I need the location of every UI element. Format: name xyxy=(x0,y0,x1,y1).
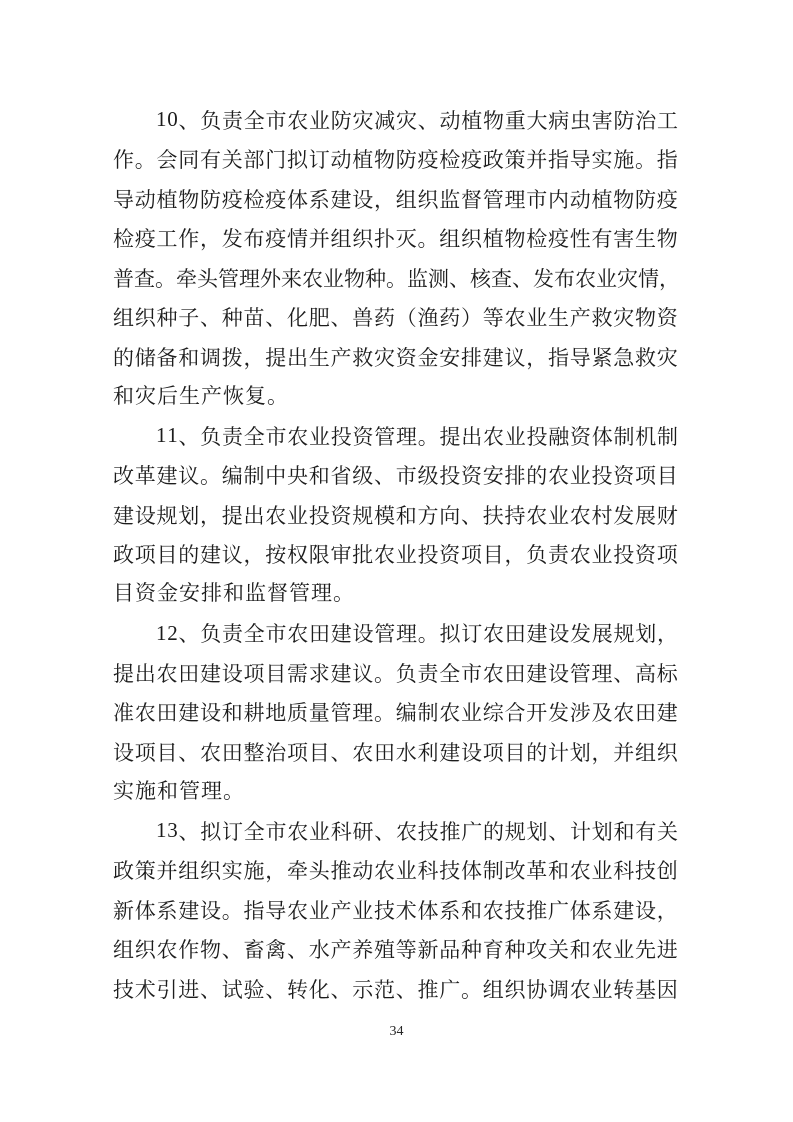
text-char: 组 xyxy=(439,223,460,253)
text-char: 疫 xyxy=(222,184,243,214)
text-char: 业 xyxy=(309,421,330,451)
text-char: 动 xyxy=(440,105,461,135)
text-char: 资 xyxy=(461,460,482,490)
text-char: 技 xyxy=(635,855,656,885)
text-char: 市 xyxy=(266,618,287,648)
text-char: 农 xyxy=(575,263,596,293)
text-char: 级 xyxy=(418,460,439,490)
text-char: 订 xyxy=(222,816,243,846)
text-char: 进 xyxy=(178,974,199,1004)
text-char: 融 xyxy=(548,421,569,451)
text-char: 织 xyxy=(135,302,156,332)
text-char: ， xyxy=(200,223,221,253)
text-char: 推 xyxy=(440,816,461,846)
text-char: 业 xyxy=(461,697,482,727)
text-line: 检疫工作，发布疫情并组织扑灭。组织植物检疫性有害生物 xyxy=(113,219,678,259)
text-char: 、 xyxy=(287,934,308,964)
text-char: 理 xyxy=(396,618,417,648)
text-line: 的储备和调拨，提出生产救灾资金安排建议，指导紧急救灾 xyxy=(113,337,678,377)
text-char: 计 xyxy=(570,816,591,846)
text-char: 机 xyxy=(635,421,656,451)
text-char: 投 xyxy=(418,539,439,569)
text-line: 组织农作物、畜禽、水产养殖等新品种育种攻关和农业先进 xyxy=(113,930,678,970)
text-char: 种 xyxy=(157,302,178,332)
text-line: 普查。牵头管理外来农业物种。监测、核查、发布农业灾情， xyxy=(113,258,678,298)
text-char: 市 xyxy=(396,460,417,490)
text-char: 投 xyxy=(331,421,352,451)
text-line: 建设规划，提出农业投资规模和方向、扶持农业农村发展财 xyxy=(113,495,678,535)
text-char: 的 xyxy=(113,342,134,372)
text-char: 目 xyxy=(309,737,330,767)
text-char: 。 xyxy=(418,421,439,451)
text-char: 田 xyxy=(505,618,526,648)
text-char: 政 xyxy=(113,855,134,885)
text-char: ， xyxy=(200,500,221,530)
text-char: 业 xyxy=(309,895,330,925)
text-char: 耕 xyxy=(244,697,265,727)
text-char: 疫 xyxy=(265,184,286,214)
page-number: 34 xyxy=(0,1024,793,1040)
text-line: 12、负责全市农田建设管理。拟订农田建设发展规划， xyxy=(113,614,678,654)
text-char: 全 xyxy=(244,618,265,648)
text-char: 理 xyxy=(505,184,526,214)
text-char: 病 xyxy=(548,105,569,135)
text-char: 制 xyxy=(244,460,265,490)
text-char: 范 xyxy=(374,974,395,1004)
text-char: 田 xyxy=(178,658,199,688)
text-char: 农 xyxy=(505,302,526,332)
text-char: 。 xyxy=(635,144,656,174)
text-char: 1 xyxy=(156,107,167,132)
text-char: 水 xyxy=(309,934,330,964)
text-char: 设 xyxy=(200,697,221,727)
text-char: 农 xyxy=(396,816,417,846)
text-char: 和 xyxy=(614,816,635,846)
text-char: 资 xyxy=(570,421,591,451)
text-char: 害 xyxy=(592,105,613,135)
text-char: 防 xyxy=(635,184,656,214)
text-char: 安 xyxy=(439,342,460,372)
text-char: 、 xyxy=(222,934,243,964)
text-char: 建 xyxy=(331,658,352,688)
text-char: 农 xyxy=(302,263,323,293)
text-char: 等 xyxy=(483,302,504,332)
text-char: 防 xyxy=(331,105,352,135)
text-char: 、 xyxy=(179,421,200,451)
text-char: 有 xyxy=(635,816,656,846)
text-char: 防 xyxy=(200,184,221,214)
text-char: 、 xyxy=(396,974,417,1004)
text-char: 目 xyxy=(157,737,178,767)
text-char: 关 xyxy=(548,934,569,964)
text-char: 植 xyxy=(352,144,373,174)
text-char: 肥 xyxy=(309,302,330,332)
text-char: 业 xyxy=(309,816,330,846)
text-char: 督 xyxy=(461,184,482,214)
text-char: 安 xyxy=(483,460,504,490)
text-char: 等 xyxy=(396,934,417,964)
text-char: 。 xyxy=(222,895,243,925)
text-char: 村 xyxy=(592,500,613,530)
text-char: 农 xyxy=(287,421,308,451)
text-line: 组织种子、种苗、化肥、兽药（渔药）等农业生产救灾物资 xyxy=(113,298,678,338)
text-char: 发 xyxy=(613,500,634,530)
text-char: 出 xyxy=(135,658,156,688)
text-char: 排 xyxy=(505,460,526,490)
text-char: 牵 xyxy=(176,263,197,293)
text-char: 灾 xyxy=(353,105,374,135)
text-char: 物 xyxy=(374,144,395,174)
text-char: 理 xyxy=(396,421,417,451)
text-char: 建 xyxy=(113,500,134,530)
text-char: 理 xyxy=(352,697,373,727)
text-char: ， xyxy=(657,618,678,648)
text-char: 和 xyxy=(309,460,330,490)
text-char: 进 xyxy=(657,934,678,964)
document-page: 10、负责全市农业防灾减灾、动植物重大病虫害防治工作。会同有关部门拟订动植物防疫… xyxy=(0,0,793,1122)
text-char: 物 xyxy=(178,184,199,214)
text-char: 市 xyxy=(266,421,287,451)
text-char: 农 xyxy=(570,974,591,1004)
text-char: 展 xyxy=(592,618,613,648)
text-char: ， xyxy=(244,539,265,569)
text-char: 因 xyxy=(657,974,678,1004)
text-char: 建 xyxy=(157,460,178,490)
text-char: 及 xyxy=(592,697,613,727)
text-char: 资 xyxy=(613,460,634,490)
text-char: 监 xyxy=(407,263,428,293)
text-char: 规 xyxy=(614,618,635,648)
text-char: 系 xyxy=(439,895,460,925)
text-char: 并 xyxy=(309,223,330,253)
text-char: 禽 xyxy=(265,934,286,964)
text-char: 扑 xyxy=(374,223,395,253)
text-char: 议 xyxy=(352,658,373,688)
text-char: 检 xyxy=(439,144,460,174)
text-char: 政 xyxy=(483,144,504,174)
text-char: 、 xyxy=(178,737,199,767)
text-char: 农 xyxy=(483,618,504,648)
text-char: 革 xyxy=(526,855,547,885)
text-char: 查 xyxy=(491,263,512,293)
text-char: 设 xyxy=(635,895,656,925)
text-char: 资 xyxy=(331,500,352,530)
text-char: 市 xyxy=(266,105,287,135)
text-char: 建 xyxy=(200,658,221,688)
text-char: 业 xyxy=(570,460,591,490)
text-char: 牵 xyxy=(287,855,308,885)
text-char: 全 xyxy=(244,105,265,135)
text-char: 建 xyxy=(527,618,548,648)
text-char: 苗 xyxy=(244,302,265,332)
text-char: 、 xyxy=(613,658,634,688)
text-char: 种 xyxy=(222,302,243,332)
text-char: 提 xyxy=(113,658,134,688)
text-char: 规 xyxy=(157,500,178,530)
text-char: 业 xyxy=(592,539,613,569)
text-char: 导 xyxy=(570,342,591,372)
text-char: 疫 xyxy=(548,223,569,253)
text-char: 的 xyxy=(483,816,504,846)
text-char: 性 xyxy=(570,223,591,253)
text-char: 持 xyxy=(505,500,526,530)
text-char: 化 xyxy=(287,302,308,332)
text-char: 审 xyxy=(331,539,352,569)
text-char: 政 xyxy=(113,539,134,569)
text-char: 防 xyxy=(396,144,417,174)
text-char: 种 xyxy=(365,263,386,293)
text-char: 模 xyxy=(374,500,395,530)
text-char: 2 xyxy=(167,621,178,646)
text-char: 植 xyxy=(461,105,482,135)
text-char: 目 xyxy=(157,539,178,569)
text-char: 扶 xyxy=(483,500,504,530)
text-char: 示 xyxy=(352,974,373,1004)
text-char: 排 xyxy=(461,342,482,372)
text-char: 议 xyxy=(505,342,526,372)
text-char: 业 xyxy=(309,105,330,135)
text-char: 、 xyxy=(179,618,200,648)
text-char: 向 xyxy=(439,500,460,530)
text-char: 灭 xyxy=(396,223,417,253)
text-char: 改 xyxy=(113,460,134,490)
text-char: 并 xyxy=(157,855,178,885)
text-char: 科 xyxy=(331,816,352,846)
text-char: 策 xyxy=(505,144,526,174)
text-char: 项 xyxy=(657,539,678,569)
text-char: 制 xyxy=(614,421,635,451)
text-char: 管 xyxy=(483,184,504,214)
text-char: 有 xyxy=(592,223,613,253)
text-char: 。 xyxy=(418,223,439,253)
text-char: 田 xyxy=(222,737,243,767)
text-char: 备 xyxy=(157,342,178,372)
text-char: 调 xyxy=(200,342,221,372)
text-char: 管 xyxy=(570,658,591,688)
text-char: 生 xyxy=(309,342,330,372)
text-char: 农 xyxy=(483,421,504,451)
text-char: 市 xyxy=(266,816,287,846)
text-char: 、 xyxy=(200,974,221,1004)
text-char: 制 xyxy=(657,421,678,451)
text-char: 体 xyxy=(461,855,482,885)
text-char: 划 xyxy=(570,737,591,767)
text-char: 指 xyxy=(244,895,265,925)
text-char: 业 xyxy=(592,855,613,885)
text-char: 建 xyxy=(178,697,199,727)
text-char: 。 xyxy=(374,697,395,727)
text-char: 责 xyxy=(418,658,439,688)
text-char: 协 xyxy=(526,974,547,1004)
text-char: 建 xyxy=(331,184,352,214)
text-char: 检 xyxy=(113,223,134,253)
text-char: 农 xyxy=(570,500,591,530)
text-char: 、 xyxy=(512,263,533,293)
text-char: 动 xyxy=(331,144,352,174)
text-char: 建 xyxy=(526,658,547,688)
text-char: 市 xyxy=(461,658,482,688)
text-char: 央 xyxy=(287,460,308,490)
text-char: 涉 xyxy=(570,697,591,727)
text-char: 整 xyxy=(244,737,265,767)
text-char: 。 xyxy=(374,658,395,688)
text-char: 拟 xyxy=(287,144,308,174)
text-char: 责 xyxy=(548,539,569,569)
text-char: 业 xyxy=(592,974,613,1004)
text-char: 头 xyxy=(309,855,330,885)
text-char: 理 xyxy=(592,658,613,688)
text-char: 育 xyxy=(483,934,504,964)
text-line: 技术引进、试验、转化、示范、推广。组织协调农业转基因 xyxy=(113,969,678,1009)
text-char: 组 xyxy=(483,974,504,1004)
text-char: 布 xyxy=(554,263,575,293)
text-char: 。 xyxy=(135,144,156,174)
text-line: 导动植物防疫检疫体系建设，组织监督管理市内动植物防疫 xyxy=(113,179,678,219)
text-char: 疫 xyxy=(461,144,482,174)
text-char: 灾 xyxy=(657,342,678,372)
text-char: 建 xyxy=(657,697,678,727)
text-char: 作 xyxy=(113,144,134,174)
text-char: 渔 xyxy=(418,302,439,332)
text-char: 责 xyxy=(222,105,243,135)
text-char: 项 xyxy=(244,658,265,688)
text-char: 治 xyxy=(265,737,286,767)
text-char: 农 xyxy=(483,658,504,688)
text-char: 资 xyxy=(635,539,656,569)
text-char: 先 xyxy=(635,934,656,964)
text-char: 组 xyxy=(113,934,134,964)
text-char: 紧 xyxy=(592,342,613,372)
text-char: 来 xyxy=(281,263,302,293)
text-char: 农 xyxy=(526,500,547,530)
text-char: 物 xyxy=(635,302,656,332)
text-char: 展 xyxy=(635,500,656,530)
text-char: 产 xyxy=(570,302,591,332)
text-char: 业 xyxy=(613,934,634,964)
text-char: 体 xyxy=(135,895,156,925)
text-char: 划 xyxy=(592,816,613,846)
text-char: 作 xyxy=(178,934,199,964)
text-char: ， xyxy=(526,342,547,372)
text-char: 会 xyxy=(157,144,178,174)
text-char: 出 xyxy=(461,421,482,451)
text-char: 、 xyxy=(449,263,470,293)
text-char: 验 xyxy=(244,974,265,1004)
text-char: 责 xyxy=(222,618,243,648)
text-char: 广 xyxy=(548,895,569,925)
text-char: 拟 xyxy=(440,618,461,648)
text-char: 推 xyxy=(331,855,352,885)
text-char: 物 xyxy=(613,184,634,214)
text-char: 灾 xyxy=(396,105,417,135)
text-char: 订 xyxy=(461,618,482,648)
text-char: 发 xyxy=(533,263,554,293)
text-char: 种 xyxy=(505,934,526,964)
text-char: 导 xyxy=(265,895,286,925)
text-char: 新 xyxy=(418,934,439,964)
text-char: 技 xyxy=(418,816,439,846)
text-char: 有 xyxy=(200,144,221,174)
text-char: 生 xyxy=(548,302,569,332)
text-char: 虫 xyxy=(570,105,591,135)
text-char: 织 xyxy=(200,855,221,885)
text-char: 技 xyxy=(505,895,526,925)
text-char: 建 xyxy=(331,618,352,648)
text-char: 织 xyxy=(461,223,482,253)
text-char: 革 xyxy=(135,460,156,490)
text-line: 政项目的建议，按权限审批农业投资项目，负责农业投资项 xyxy=(113,535,678,575)
text-char: 水 xyxy=(396,737,417,767)
text-char: 金 xyxy=(418,342,439,372)
text-char: 投 xyxy=(613,539,634,569)
text-char: 农 xyxy=(439,697,460,727)
text-char: 提 xyxy=(265,342,286,372)
text-char: 量 xyxy=(309,697,330,727)
text-char: 技 xyxy=(374,895,395,925)
text-char: 实 xyxy=(222,855,243,885)
text-char: 资 xyxy=(657,302,678,332)
text-char: ） xyxy=(461,302,482,332)
text-char: 方 xyxy=(418,500,439,530)
text-char: 调 xyxy=(548,974,569,1004)
text-char: 组 xyxy=(331,223,352,253)
text-char: 普 xyxy=(113,263,134,293)
text-char: 养 xyxy=(352,934,373,964)
text-char: 业 xyxy=(323,263,344,293)
text-char: 建 xyxy=(613,895,634,925)
text-char: 布 xyxy=(244,223,265,253)
text-char: 动 xyxy=(352,855,373,885)
text-char: 限 xyxy=(309,539,330,569)
text-char: ， xyxy=(244,342,265,372)
text-char: 救 xyxy=(592,302,613,332)
text-char: 的 xyxy=(526,460,547,490)
text-char: 同 xyxy=(178,144,199,174)
text-char: 工 xyxy=(657,105,678,135)
text-char: 开 xyxy=(526,697,547,727)
text-char: 农 xyxy=(287,618,308,648)
text-char: 负 xyxy=(200,421,221,451)
text-char: 组 xyxy=(178,855,199,885)
text-char: 目 xyxy=(483,539,504,569)
text-char: 农 xyxy=(200,737,221,767)
text-char: 畜 xyxy=(244,934,265,964)
text-char: 灾 xyxy=(374,342,395,372)
text-char: 田 xyxy=(309,618,330,648)
text-char: 1 xyxy=(167,423,178,448)
text-char: 和 xyxy=(396,500,417,530)
text-char: 和 xyxy=(178,342,199,372)
text-char: 议 xyxy=(178,460,199,490)
text-char: 作 xyxy=(178,223,199,253)
text-char: 研 xyxy=(353,816,374,846)
text-char: ， xyxy=(657,895,678,925)
text-char: 监 xyxy=(439,184,460,214)
text-char: 规 xyxy=(505,816,526,846)
text-char: 按 xyxy=(265,539,286,569)
text-char: 、 xyxy=(265,974,286,1004)
text-char: 组 xyxy=(396,184,417,214)
text-char: 的 xyxy=(526,737,547,767)
text-char: 并 xyxy=(526,144,547,174)
text-char: 疫 xyxy=(418,144,439,174)
text-char: 的 xyxy=(178,539,199,569)
text-char: 化 xyxy=(309,974,330,1004)
text-char: 投 xyxy=(309,500,330,530)
text-char: 体 xyxy=(570,895,591,925)
text-line: 准农田建设和耕地质量管理。编制农业综合开发涉及农田建 xyxy=(113,693,678,733)
text-char: 策 xyxy=(135,855,156,885)
